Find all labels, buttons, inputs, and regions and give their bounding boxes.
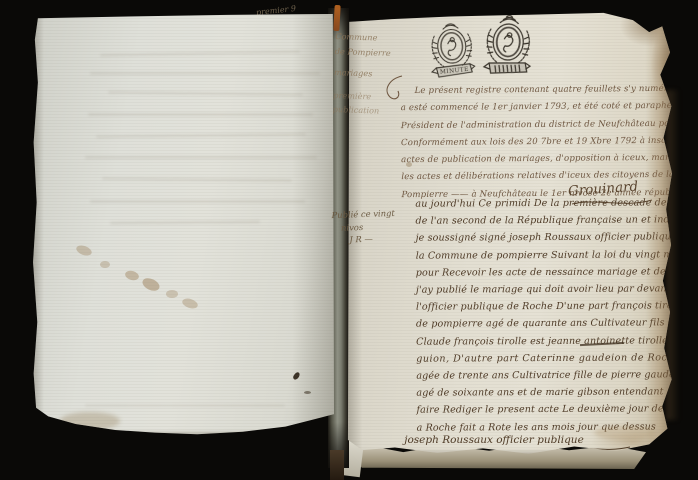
ink-show-through [90, 200, 305, 203]
ink-show-through [90, 72, 320, 75]
act-line: je soussigné signé joseph Roussaux offic… [416, 229, 672, 248]
act-line: de pompierre agé de quarante ans Cultiva… [416, 315, 672, 334]
ink-show-through [102, 177, 292, 181]
ink-show-through [110, 220, 260, 224]
minute-stamp-icon: MINUTE [422, 13, 483, 87]
publication-note-line: J R — [349, 232, 396, 246]
publication-margin-note: Publié ce vingt nivos J R — [331, 207, 395, 247]
margin-header-line: mariages [334, 65, 390, 81]
paper-stain [100, 261, 110, 268]
ink-show-through [108, 91, 303, 96]
paper-stain [60, 412, 120, 430]
act-line: la Commune de pompierre Suivant la loi d… [416, 246, 672, 265]
register-note-line: Président de l'administration du distric… [401, 115, 671, 135]
left-edge-shadow [30, 14, 44, 442]
register-note-line: Le présent registre contenant quatre feu… [414, 81, 670, 101]
act-line: l'officier publique de Roche D'une part … [416, 298, 672, 317]
paper-stain [141, 276, 162, 294]
second-revenue-stamp-icon [476, 12, 540, 86]
torn-bottom-edge [39, 430, 331, 442]
act-line: pour Recevoir les acte de nessaince mari… [416, 263, 672, 282]
publication-note-line: Publié ce vingt [331, 207, 395, 222]
register-note-line: a esté commencé le 1er janvier 1793, et … [401, 98, 671, 118]
paper-stain [594, 426, 656, 440]
binding-foot [330, 450, 344, 480]
act-line: faire Rediger le present acte Le deuxièm… [416, 401, 672, 420]
act-line: Claude françois tirolle est jeanne antoi… [416, 332, 672, 351]
ink-show-through [85, 404, 285, 407]
act-line: au jourd'hui Ce primidi De la première d… [415, 194, 672, 213]
ink-show-through [85, 156, 317, 159]
paper-stain [166, 290, 178, 298]
ink-show-through [96, 133, 306, 138]
marriage-act: au jourd'hui Ce primidi De la première d… [415, 194, 672, 436]
margin-header-line: Commune [335, 29, 391, 45]
left-blank-page [30, 14, 334, 442]
paper-stain [406, 162, 412, 167]
margin-header: Commune de Pompierre mariages première p… [332, 29, 391, 118]
act-line: agée de trente ans Cultivatrice fille de… [416, 366, 672, 385]
act-line: j'ay publié le mariage qui doit avoir li… [416, 280, 672, 299]
ink-speck [304, 391, 311, 394]
act-line: de l'an second de la République français… [415, 212, 672, 231]
paper-stain [124, 269, 140, 281]
paper-stain [75, 244, 93, 258]
gutter-shadow [292, 14, 334, 442]
act-line: guion, D'autre part Caterinne gaudeion d… [416, 349, 672, 368]
ink-show-through [100, 50, 300, 56]
margin-header-line: publication [332, 102, 388, 118]
margin-header-line: de Pompierre [335, 44, 391, 60]
paper-stain [181, 297, 199, 311]
ink-show-through [88, 113, 313, 116]
act-line: agé de soixante ans et de marie gibson e… [416, 384, 672, 403]
archival-register-photo: MINUTE [0, 0, 698, 480]
